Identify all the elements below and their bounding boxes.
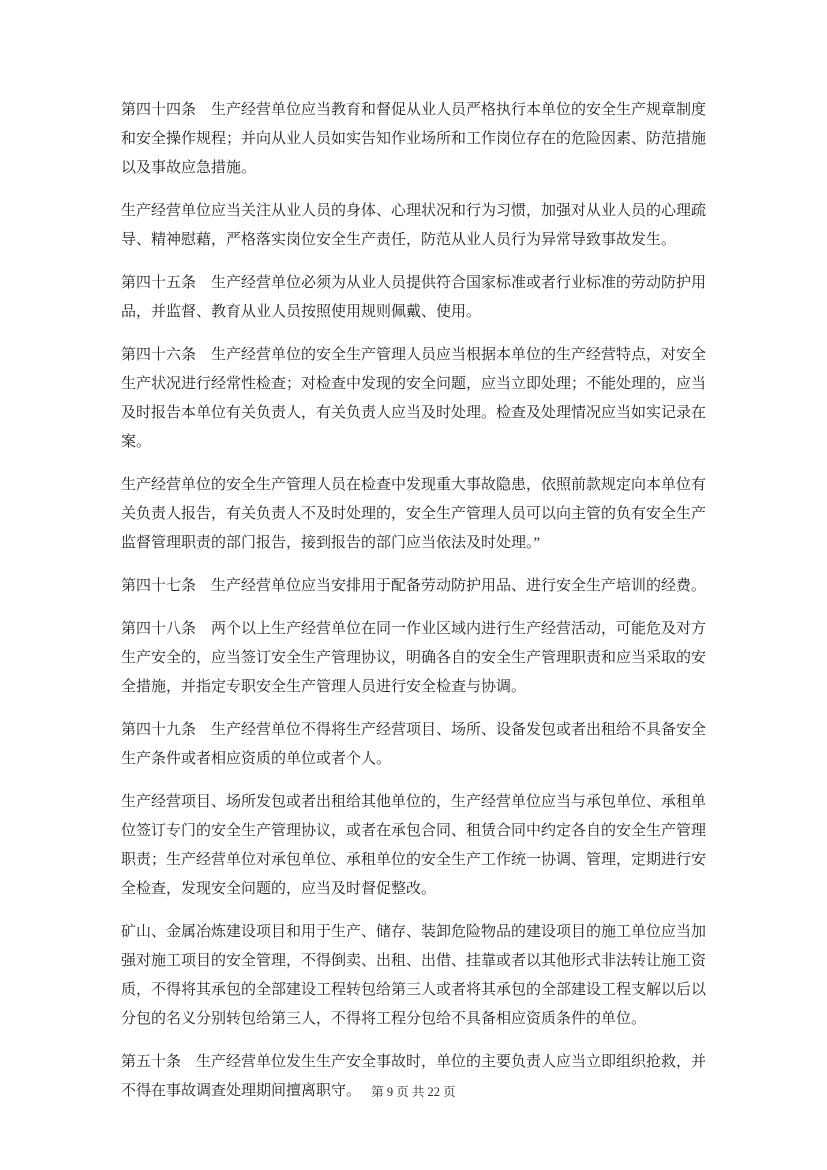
page-footer: 第 9 页 共 22 页: [0, 1082, 827, 1102]
paragraph-article-49: 第四十九条 生产经营单位不得将生产经营项目、场所、设备发包或者出租给不具备安全生…: [121, 716, 706, 774]
document-page: 第四十四条 生产经营单位应当教育和督促从业人员严格执行本单位的安全生产规章制度和…: [0, 0, 827, 1170]
paragraph-article-46: 第四十六条 生产经营单位的安全生产管理人员应当根据本单位的生产经营特点，对安全生…: [121, 341, 706, 457]
paragraph-article-49-cont-2: 矿山、金属冶炼建设项目和用于生产、储存、装卸危险物品的建设项目的施工单位应当加强…: [121, 918, 706, 1034]
paragraph-article-46-cont: 生产经营单位的安全生产管理人员在检查中发现重大事故隐患，依照前款规定向本单位有关…: [121, 471, 706, 558]
document-body: 第四十四条 生产经营单位应当教育和督促从业人员严格执行本单位的安全生产规章制度和…: [121, 96, 706, 1120]
paragraph-article-49-cont-1: 生产经营项目、场所发包或者出租给其他单位的，生产经营单位应当与承包单位、承租单位…: [121, 788, 706, 904]
paragraph-article-47: 第四十七条 生产经营单位应当安排用于配备劳动防护用品、进行安全生产培训的经费。: [121, 572, 706, 601]
paragraph-article-44: 第四十四条 生产经营单位应当教育和督促从业人员严格执行本单位的安全生产规章制度和…: [121, 96, 706, 183]
page-number-label: 第 9 页 共 22 页: [371, 1085, 455, 1099]
paragraph-article-45: 第四十五条 生产经营单位必须为从业人员提供符合国家标准或者行业标准的劳动防护用品…: [121, 269, 706, 327]
paragraph-article-44-cont: 生产经营单位应当关注从业人员的身体、心理状况和行为习惯，加强对从业人员的心理疏导…: [121, 197, 706, 255]
paragraph-article-48: 第四十八条 两个以上生产经营单位在同一作业区域内进行生产经营活动，可能危及对方生…: [121, 615, 706, 702]
